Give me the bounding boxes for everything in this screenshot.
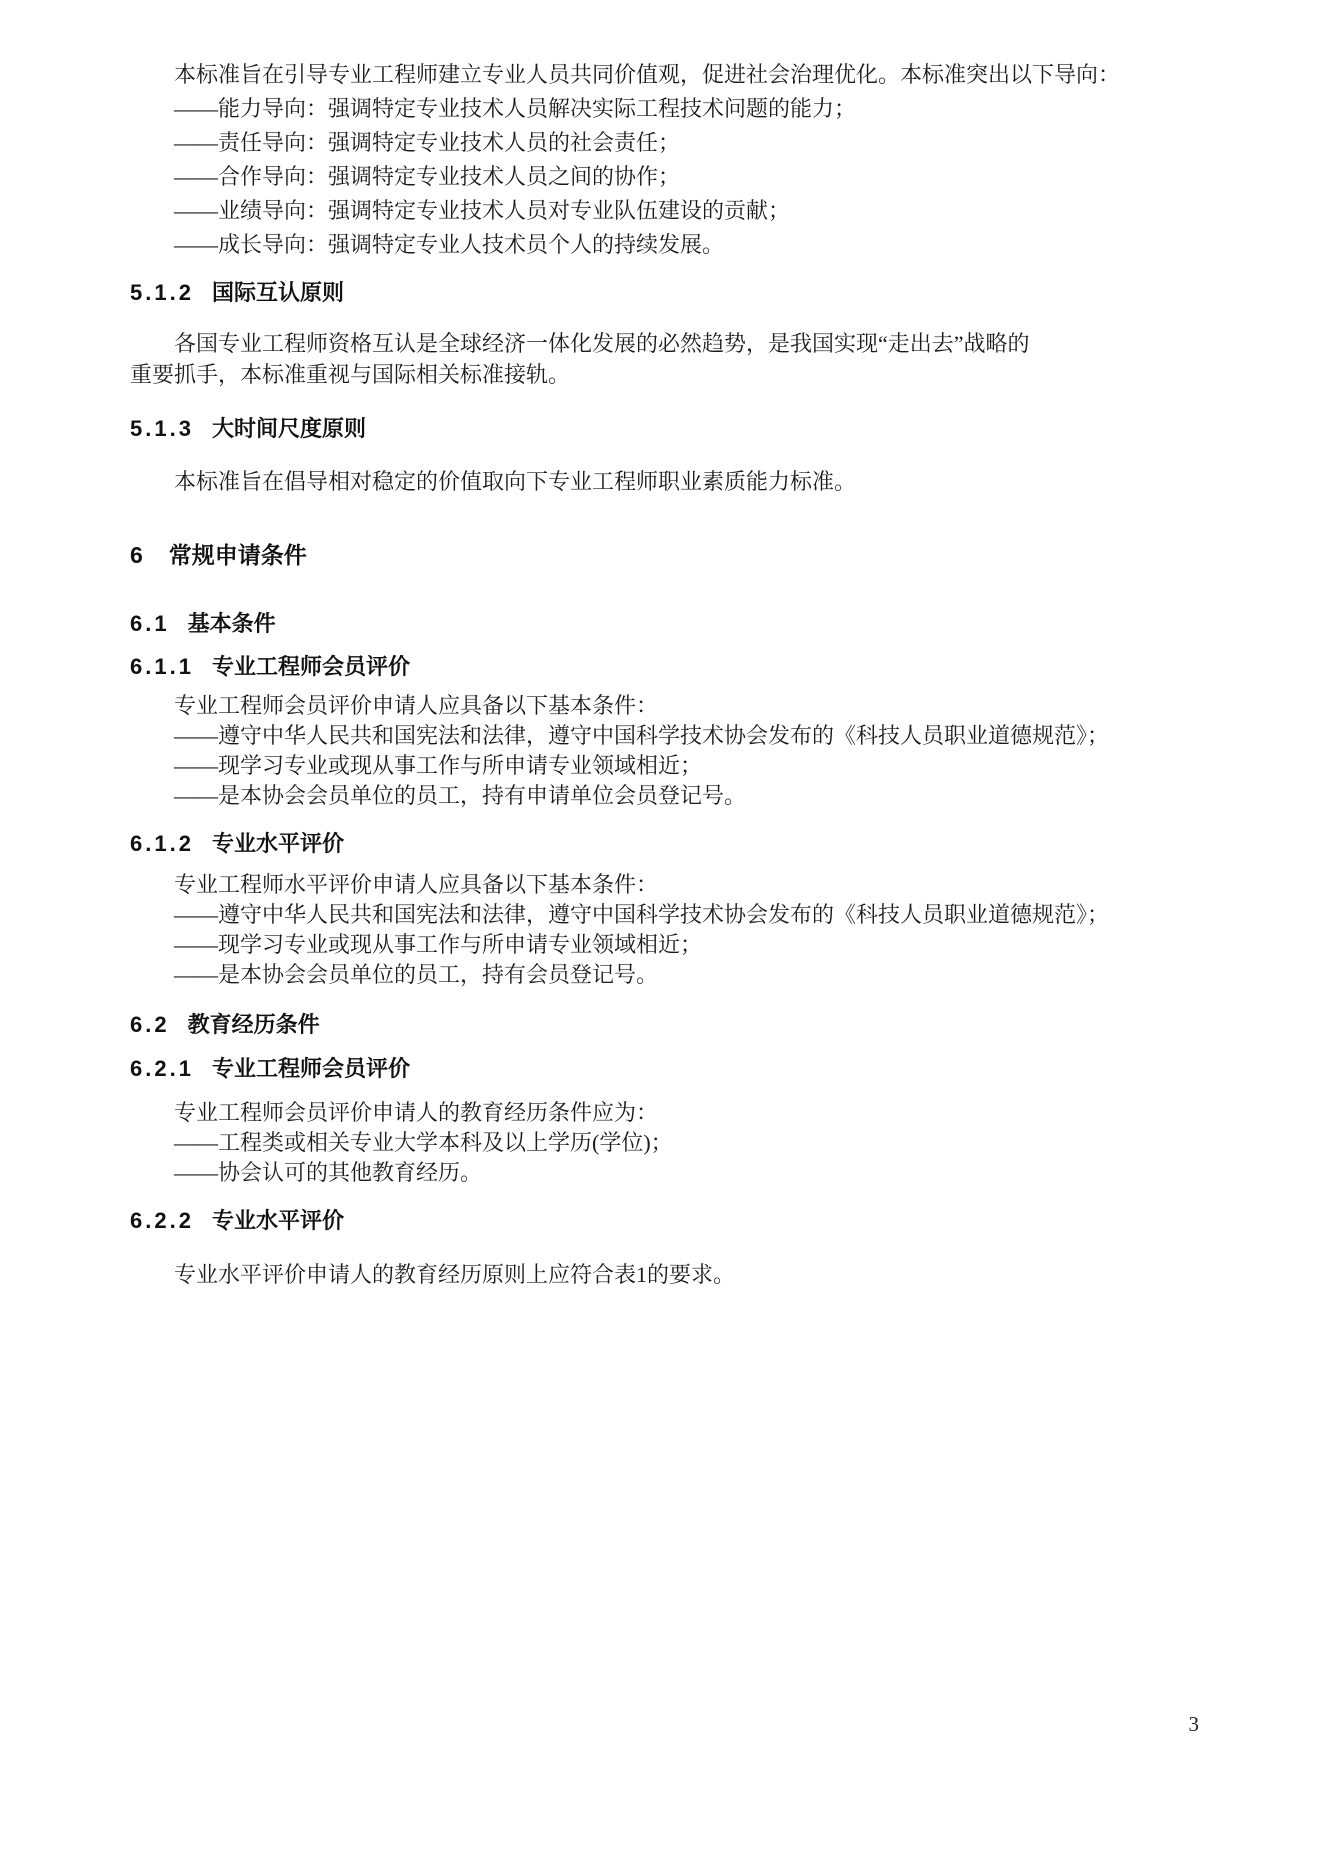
section-title: 国际互认原则 bbox=[212, 280, 344, 305]
dash-list-item: ——工程类或相关专业大学本科及以上学历(学位)； bbox=[130, 1128, 1196, 1158]
paragraph-line: 重要抓手，本标准重视与国际相关标准接轨。 bbox=[130, 359, 1196, 390]
dash-list-item: ——能力导向：强调特定专业技术人员解决实际工程技术问题的能力； bbox=[130, 92, 1196, 126]
section-heading-6-2-2: 6.2.2专业水平评价 bbox=[130, 1206, 1196, 1236]
section-heading-6-1: 6.1基本条件 bbox=[130, 609, 1196, 639]
section-heading-6-1-2: 6.1.2专业水平评价 bbox=[130, 829, 1196, 859]
section-number: 6.1.2 bbox=[130, 831, 194, 856]
section-number: 6.1 bbox=[130, 611, 170, 636]
section-heading-5-1-2: 5.1.2国际互认原则 bbox=[130, 278, 1196, 308]
dash-list-item: ——遵守中华人民共和国宪法和法律，遵守中国科学技术协会发布的《科技人员职业道德规… bbox=[130, 900, 1196, 930]
dash-list-item: ——协会认可的其他教育经历。 bbox=[130, 1158, 1196, 1188]
section-heading-6-2-1: 6.2.1专业工程师会员评价 bbox=[130, 1054, 1196, 1084]
section-number: 6.2.1 bbox=[130, 1056, 194, 1081]
chapter-number: 6 bbox=[130, 542, 143, 568]
dash-list-item: ——现学习专业或现从事工作与所申请专业领域相近； bbox=[130, 930, 1196, 960]
section-number: 6.2 bbox=[130, 1012, 170, 1037]
dash-list-item: ——遵守中华人民共和国宪法和法律，遵守中国科学技术协会发布的《科技人员职业道德规… bbox=[130, 721, 1196, 751]
dash-list-item: ——是本协会会员单位的员工，持有会员登记号。 bbox=[130, 960, 1196, 990]
section-title: 专业工程师会员评价 bbox=[212, 1056, 410, 1081]
paragraph-line: 专业工程师会员评价申请人的教育经历条件应为： bbox=[130, 1098, 1196, 1128]
paragraph-line: 各国专业工程师资格互认是全球经济一体化发展的必然趋势，是我国实现“走出去”战略的 bbox=[130, 328, 1196, 359]
document-page: 本标准旨在引导专业工程师建立专业人员共同价值观，促进社会治理优化。本标准突出以下… bbox=[0, 0, 1323, 1871]
paragraph-line: 专业工程师会员评价申请人应具备以下基本条件： bbox=[130, 691, 1196, 721]
section-number: 5.1.3 bbox=[130, 416, 194, 441]
section-heading-6-1-1: 6.1.1专业工程师会员评价 bbox=[130, 652, 1196, 682]
paragraph-line: 本标准旨在引导专业工程师建立专业人员共同价值观，促进社会治理优化。本标准突出以下… bbox=[130, 58, 1196, 92]
section-number: 6.2.2 bbox=[130, 1208, 194, 1233]
chapter-heading-6: 6常规申请条件 bbox=[130, 539, 1196, 571]
dash-list-item: ——是本协会会员单位的员工，持有申请单位会员登记号。 bbox=[130, 781, 1196, 811]
section-title: 基本条件 bbox=[188, 611, 276, 636]
section-number: 6.1.1 bbox=[130, 654, 194, 679]
chapter-title: 常规申请条件 bbox=[169, 542, 307, 568]
document-content: 本标准旨在引导专业工程师建立专业人员共同价值观，促进社会治理优化。本标准突出以下… bbox=[130, 58, 1196, 1290]
paragraph-line: 本标准旨在倡导相对稳定的价值取向下专业工程师职业素质能力标准。 bbox=[130, 466, 1196, 497]
paragraph-line: 专业工程师水平评价申请人应具备以下基本条件： bbox=[130, 870, 1196, 900]
paragraph-line: 专业水平评价申请人的教育经历原则上应符合表1的要求。 bbox=[130, 1260, 1196, 1290]
page-number: 3 bbox=[1189, 1712, 1200, 1737]
dash-list-item: ——现学习专业或现从事工作与所申请专业领域相近； bbox=[130, 751, 1196, 781]
section-title: 专业水平评价 bbox=[212, 831, 344, 856]
dash-list-item: ——业绩导向：强调特定专业技术人员对专业队伍建设的贡献； bbox=[130, 194, 1196, 228]
section-number: 5.1.2 bbox=[130, 280, 194, 305]
dash-list-item: ——责任导向：强调特定专业技术人员的社会责任； bbox=[130, 126, 1196, 160]
section-title: 专业水平评价 bbox=[212, 1208, 344, 1233]
dash-list-item: ——成长导向：强调特定专业人技术员个人的持续发展。 bbox=[130, 228, 1196, 262]
dash-list-item: ——合作导向：强调特定专业技术人员之间的协作； bbox=[130, 160, 1196, 194]
section-heading-6-2: 6.2教育经历条件 bbox=[130, 1010, 1196, 1040]
section-title: 大时间尺度原则 bbox=[212, 416, 366, 441]
section-heading-5-1-3: 5.1.3大时间尺度原则 bbox=[130, 414, 1196, 444]
section-title: 教育经历条件 bbox=[188, 1012, 320, 1037]
section-title: 专业工程师会员评价 bbox=[212, 654, 410, 679]
